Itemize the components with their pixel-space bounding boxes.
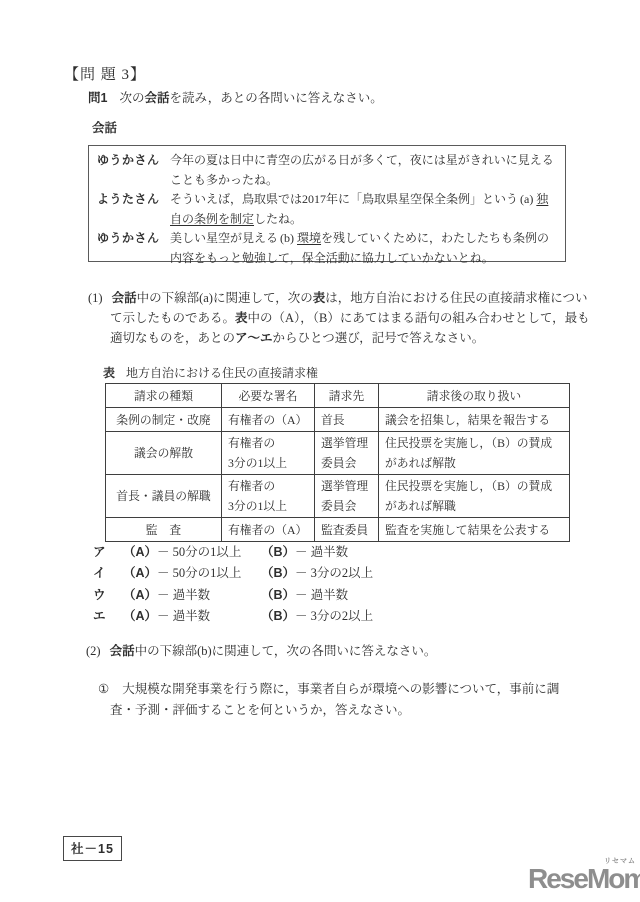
speech-pre: 美しい星空が見える xyxy=(170,231,278,245)
table-row: 条例の制定・改廃 有権者の（A） 首長 議会を招集し，結果を報告する xyxy=(106,408,570,432)
table-cell: 有権者の 3分の1以上 xyxy=(222,475,315,518)
option-a-label: （A） xyxy=(123,545,157,559)
bold-kaiwa: 会話 xyxy=(110,644,135,658)
table-row: 首長・議員の解職 有権者の 3分の1以上 選挙管理 委員会 住民投票を実施し，（… xyxy=(106,475,570,518)
option-row-e: エ （A）－ 過半数 （B）－ 3分の2以上 xyxy=(93,605,373,627)
option-a-label: （A） xyxy=(123,588,157,602)
problem-title: 【問 題 3】 xyxy=(64,63,146,84)
option-b-label: （B） xyxy=(261,566,295,580)
q2-text: 中の下線部(b)に関連して，次の各問いに答えなさい。 xyxy=(135,644,437,658)
option-a-value: － 過半数 xyxy=(157,609,210,623)
option-key: エ xyxy=(93,606,123,624)
option-value-a: （A）－ 過半数 xyxy=(123,585,261,603)
speaker-name: ゆうかさん xyxy=(97,151,161,190)
option-row-a: ア （A）－ 50分の1以上 （B）－ 過半数 xyxy=(93,540,373,562)
option-value-b: （B）－ 過半数 xyxy=(261,542,373,560)
table-cell: 選挙管理 委員会 xyxy=(315,475,379,518)
table-caption-text: 地方自治における住民の直接請求権 xyxy=(126,366,318,380)
page-number-badge: 社－15 xyxy=(63,836,122,861)
table-cell: 議会を招集し，結果を報告する xyxy=(379,408,570,432)
conversation-turn: ゆうかさん 美しい星空が見える(b)環境を残していくために，わたしたちも条例の内… xyxy=(97,229,557,268)
underline-marker-a: (a) xyxy=(520,192,533,206)
answer-options: ア （A）－ 50分の1以上 （B）－ 過半数 イ （A）－ 50分の1以上 （… xyxy=(93,540,373,626)
conversation-turn: ゆうかさん 今年の夏は日中に青空の広がる日が多くて，夜には星がきれいに見えること… xyxy=(97,151,557,190)
underlined-text: 環境 xyxy=(297,231,321,245)
speech-text: 今年の夏は日中に青空の広がる日が多くて，夜には星がきれいに見えることも多かったね… xyxy=(170,151,557,190)
option-value-a: （A）－ 過半数 xyxy=(123,606,261,624)
col-header-recipient: 請求先 xyxy=(315,384,379,408)
option-b-value: － 3分の2以上 xyxy=(295,566,373,580)
subquestion-1-number: (1) xyxy=(88,291,103,305)
bold-kaiwa: 会話 xyxy=(112,291,137,305)
col-header-handling: 請求後の取り扱い xyxy=(379,384,570,408)
option-key: ウ xyxy=(93,585,123,603)
bold-hyou: 表 xyxy=(313,291,326,305)
table-cell: 議会の解散 xyxy=(106,432,222,475)
option-b-value: － 3分の2以上 xyxy=(295,609,373,623)
table-cell: 選挙管理 委員会 xyxy=(315,432,379,475)
table-caption-label: 表 xyxy=(103,366,115,380)
subquestion-2-text: (2)会話中の下線部(b)に関連して，次の各問いに答えなさい。 xyxy=(86,641,596,661)
table-cell: 監 査 xyxy=(106,518,222,542)
speech-pre: 今年の夏は日中に青空の広がる日が多くて，夜には星がきれいに見えることも多かったね… xyxy=(170,153,554,187)
subquestion-2-1-number: ① xyxy=(98,682,109,696)
speaker-name: ゆうかさん xyxy=(97,229,161,268)
option-a-value: － 50分の1以上 xyxy=(157,566,241,580)
table-row: 監 査 有権者の（A） 監査委員 監査を実施して結果を公表する xyxy=(106,518,570,542)
option-key: ア xyxy=(93,542,123,560)
option-a-label: （A） xyxy=(123,609,157,623)
option-a-value: － 過半数 xyxy=(157,588,210,602)
direct-request-rights-table: 請求の種類 必要な署名 請求先 請求後の取り扱い 条例の制定・改廃 有権者の（A… xyxy=(105,383,570,542)
speech-post: したね。 xyxy=(254,212,302,226)
option-b-value: － 過半数 xyxy=(295,545,348,559)
heading-bold-kaiwa: 会話 xyxy=(144,91,169,105)
subquestion-2-1-text: ①大規模な開発事業を行う際に，事業者自らが環境への影響について，事前に調査・予測… xyxy=(98,679,582,721)
table-row: 議会の解散 有権者の 3分の1以上 選挙管理 委員会 住民投票を実施し，（B）の… xyxy=(106,432,570,475)
logo-text: ReseMom xyxy=(528,863,640,894)
q2-sub-text: 大規模な開発事業を行う際に，事業者自らが環境への影響について，事前に調査・予測・… xyxy=(110,682,559,717)
option-b-value: － 過半数 xyxy=(295,588,348,602)
option-value-a: （A）－ 50分の1以上 xyxy=(123,563,261,581)
table-cell: 有権者の（A） xyxy=(222,408,315,432)
logo-wordmark: ReseMom. xyxy=(528,863,640,895)
question-1-heading: 問1次の会話を読み，あとの各問いに答えなさい。 xyxy=(88,88,383,106)
option-value-b: （B）－ 3分の2以上 xyxy=(261,606,373,624)
speech-pre: そういえば，鳥取県では2017年に「鳥取県星空保全条例」という xyxy=(170,192,518,206)
conversation-turn: ようたさん そういえば，鳥取県では2017年に「鳥取県星空保全条例」という(a)… xyxy=(97,190,557,229)
table-cell: 首長 xyxy=(315,408,379,432)
q1-text: からひとつ選び，記号で答えなさい。 xyxy=(273,331,485,345)
col-header-signatures: 必要な署名 xyxy=(222,384,315,408)
table-caption: 表地方自治における住民の直接請求権 xyxy=(103,364,318,381)
speech-text: 美しい星空が見える(b)環境を残していくために，わたしたちも条例の内容をもっと勉… xyxy=(170,229,557,268)
conversation-box: ゆうかさん 今年の夏は日中に青空の広がる日が多くて，夜には星がきれいに見えること… xyxy=(88,145,566,262)
table-cell: 有権者の 3分の1以上 xyxy=(222,432,315,475)
option-row-i: イ （A）－ 50分の1以上 （B）－ 3分の2以上 xyxy=(93,562,373,584)
underline-marker-b: (b) xyxy=(280,231,294,245)
conversation-label: 会話 xyxy=(92,118,117,136)
option-a-value: － 50分の1以上 xyxy=(157,545,241,559)
table-cell: 条例の制定・改廃 xyxy=(106,408,222,432)
option-key: イ xyxy=(93,563,123,581)
option-value-b: （B）－ 過半数 xyxy=(261,585,373,603)
speaker-name: ようたさん xyxy=(97,190,161,229)
subquestion-2-number: (2) xyxy=(86,644,101,658)
option-value-a: （A）－ 50分の1以上 xyxy=(123,542,261,560)
option-b-label: （B） xyxy=(261,588,295,602)
table-cell: 住民投票を実施し，（B）の賛成 があれば解散 xyxy=(379,432,570,475)
table-header-row: 請求の種類 必要な署名 請求先 請求後の取り扱い xyxy=(106,384,570,408)
exam-page: 【問 題 3】 問1次の会話を読み，あとの各問いに答えなさい。 会話 ゆうかさん… xyxy=(0,0,640,902)
option-b-label: （B） xyxy=(261,545,295,559)
q1-text: 中の下線部(a)に関連して，次の xyxy=(137,291,313,305)
heading-text-pre: 次の xyxy=(119,91,144,105)
table-cell: 監査委員 xyxy=(315,518,379,542)
subquestion-1-text: (1)会話中の下線部(a)に関連して，次の表は，地方自治における住民の直接請求権… xyxy=(88,288,594,348)
bold-hyou: 表 xyxy=(235,311,248,325)
option-row-u: ウ （A）－ 過半数 （B）－ 過半数 xyxy=(93,583,373,605)
table-cell: 有権者の（A） xyxy=(222,518,315,542)
resemom-logo: リセマム ReseMom. xyxy=(528,855,640,897)
speech-text: そういえば，鳥取県では2017年に「鳥取県星空保全条例」という(a)独自の条例を… xyxy=(170,190,557,229)
question-1-label: 問1 xyxy=(88,91,107,105)
option-a-label: （A） xyxy=(123,566,157,580)
col-header-request-type: 請求の種類 xyxy=(106,384,222,408)
table-cell: 首長・議員の解職 xyxy=(106,475,222,518)
heading-text-post: を読み，あとの各問いに答えなさい。 xyxy=(169,91,382,105)
option-b-label: （B） xyxy=(261,609,295,623)
table-cell: 住民投票を実施し，（B）の賛成 があれば解職 xyxy=(379,475,570,518)
table-cell: 監査を実施して結果を公表する xyxy=(379,518,570,542)
option-value-b: （B）－ 3分の2以上 xyxy=(261,563,373,581)
bold-a-to-e: ア～エ xyxy=(235,331,273,345)
